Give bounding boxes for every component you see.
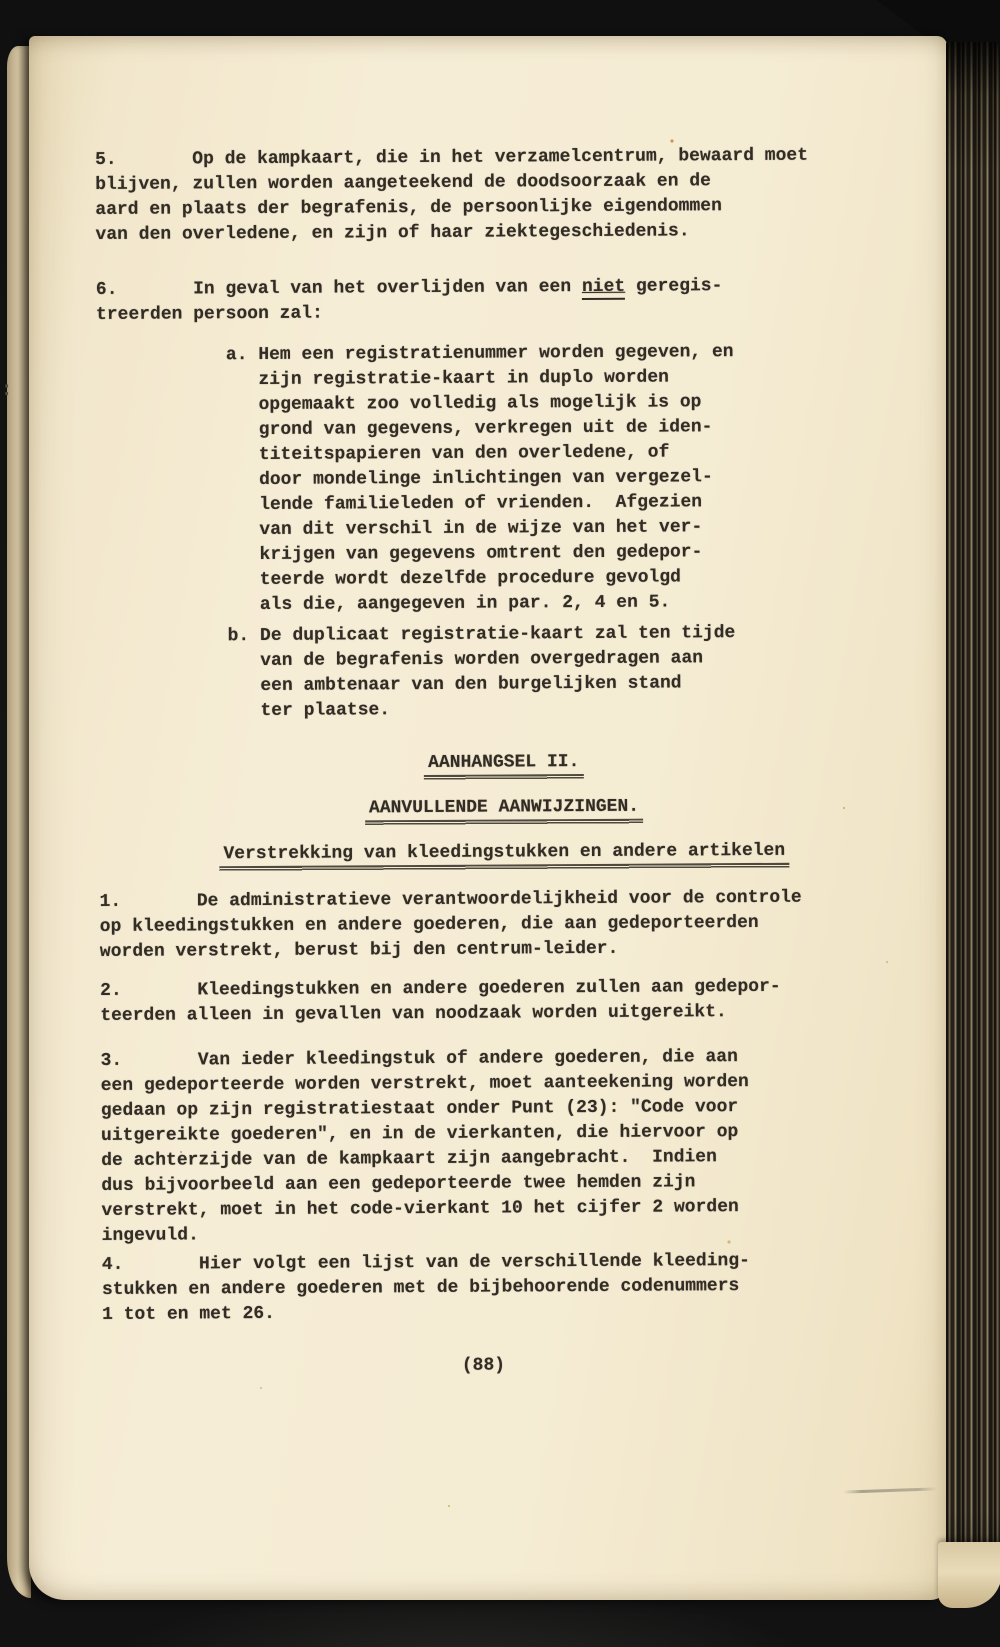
text-segment: geregis-: [625, 276, 722, 297]
text-line: teerden alleen in gevallen van noodzaak …: [100, 999, 910, 1029]
book-page-stack: [946, 42, 1000, 1600]
appendix-subtitle: AANVULLENDE AANWIJZINGEN.: [99, 793, 909, 823]
text-line: ingevuld.: [102, 1219, 912, 1249]
pencil-scribble: [843, 1487, 937, 1493]
appendix-title: AANHANGSEL II.: [99, 748, 909, 778]
paragraph-6: 6. In geval van het overlijden van een n…: [96, 273, 906, 328]
typewritten-text: 5. Op de kampkaart, die in het verzamelc…: [95, 143, 913, 1381]
text-line: worden verstrekt, berust bij den centrum…: [100, 935, 910, 965]
text-line: als die, aangegeven in par. 2, 4 en 5.: [98, 589, 908, 619]
text-line: van den overledene, en zijn of haar ziek…: [95, 218, 905, 248]
appendix-subtitle-text: AANVULLENDE AANWIJZINGEN.: [369, 795, 639, 822]
paragraph-5: 5. Op de kampkaart, die in het verzamelc…: [95, 143, 906, 248]
text-line: 1 tot en met 26.: [102, 1298, 912, 1328]
text-line: ter plaatse.: [98, 695, 908, 725]
text-segment: 6. In geval van het overlijden van een: [96, 277, 582, 300]
document-page: 5. Op de kampkaart, die in het verzamelc…: [29, 36, 947, 1600]
paragraph-4: 4. Hier volgt een lijst van de verschill…: [102, 1248, 912, 1328]
appendix-title-text: AANHANGSEL II.: [428, 750, 579, 776]
previous-page-edge: [7, 46, 31, 1598]
book-scan: { "palette": { "paper": "#f4ebd3", "ink"…: [0, 0, 1000, 1647]
paragraph-2: 2. Kleedingstukken en andere goederen zu…: [100, 974, 910, 1029]
paragraph-1: 1. De administratieve verantwoordelijkhe…: [100, 885, 910, 965]
section-heading-text: Verstrekking van kleedingstukken en ande…: [223, 839, 785, 867]
section-heading: Verstrekking van kleedingstukken en ande…: [99, 838, 909, 868]
text-line: 5. Op de kampkaart, die in het verzamelc…: [95, 143, 905, 173]
text-line: treerden persoon zal:: [96, 298, 906, 328]
list-item-a: a. Hem een registratienummer worden gege…: [96, 339, 908, 619]
list-item-b: b. De duplicaat registratie-kaart zal te…: [98, 620, 909, 725]
page-number: (88): [78, 1351, 888, 1381]
paragraph-3: 3. Van ieder kleedingstuk of andere goed…: [101, 1044, 912, 1249]
text-line: 1. De administratieve verantwoordelijkhe…: [100, 885, 910, 915]
underlined-word: niet: [582, 277, 625, 300]
margin-stray-mark: :: [1, 379, 12, 401]
